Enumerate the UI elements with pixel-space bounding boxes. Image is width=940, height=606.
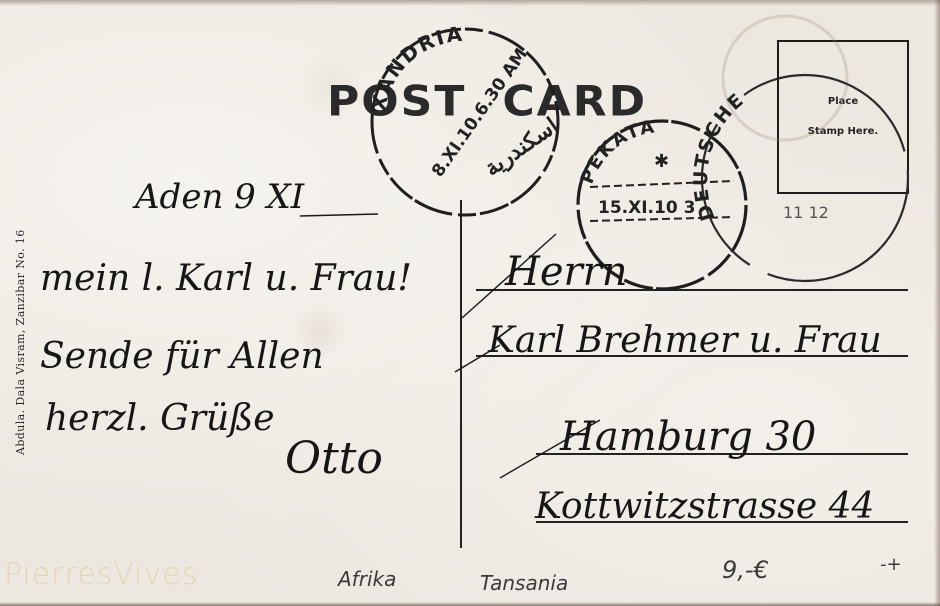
message-line-1: Aden 9 XI bbox=[132, 177, 305, 217]
svg-text:✱: ✱ bbox=[654, 151, 669, 172]
address-line-4: Kottwitzstrasse 44 bbox=[534, 486, 874, 527]
message-line-4: herzl. Grüße bbox=[45, 398, 275, 439]
address-line-1: Herrn bbox=[504, 249, 628, 295]
postmark-deutsche: DEUTSCHE 11 12 bbox=[690, 75, 908, 281]
svg-text:DEUTSCHE: DEUTSCHE bbox=[690, 88, 749, 223]
handwritten-address: Herrn Karl Brehmer u. Frau Hamburg 30 Ko… bbox=[455, 234, 882, 527]
postmark-second-date: 15.XI.10 3 bbox=[598, 198, 695, 218]
message-signature: Otto bbox=[285, 433, 383, 484]
postmark-alexandria-ring-text: XANDRIA bbox=[366, 22, 465, 113]
svg-text:XANDRIA: XANDRIA bbox=[366, 22, 465, 113]
ink-overlay: XANDRIA 8.XI.10.6.30 AM اسكندرية PEKATA … bbox=[0, 0, 940, 606]
message-line-3: Sende für Allen bbox=[40, 336, 324, 377]
pencil-price: 9,-€ bbox=[722, 556, 769, 584]
message-line-2: mein l. Karl u. Frau! bbox=[40, 258, 412, 299]
pencil-note-tansania: Tansania bbox=[480, 571, 568, 595]
postmark-second-ring-text: PEKATA bbox=[577, 116, 658, 187]
postmark-alexandria: XANDRIA 8.XI.10.6.30 AM اسكندرية bbox=[366, 22, 563, 215]
address-line-3: Hamburg 30 bbox=[559, 414, 816, 460]
svg-text:PEKATA: PEKATA bbox=[577, 116, 658, 187]
postcard-back: POSTCARD Abdula. Dala Visram, Zanzibar N… bbox=[0, 0, 940, 606]
pencil-note-afrika: Afrika bbox=[336, 567, 396, 591]
address-line-2: Karl Brehmer u. Frau bbox=[487, 320, 882, 361]
postmark-deutsche-ring-text: DEUTSCHE bbox=[690, 88, 749, 223]
handwritten-message: Aden 9 XI mein l. Karl u. Frau! Sende fü… bbox=[40, 177, 412, 484]
postmark-alexandria-arabic: اسكندرية bbox=[480, 113, 563, 182]
pencil-annotations: Afrika Tansania 9,-€ -+ bbox=[336, 554, 902, 595]
pencil-corner-mark: -+ bbox=[880, 554, 902, 575]
postmark-deutsche-date: 11 12 bbox=[783, 203, 829, 222]
